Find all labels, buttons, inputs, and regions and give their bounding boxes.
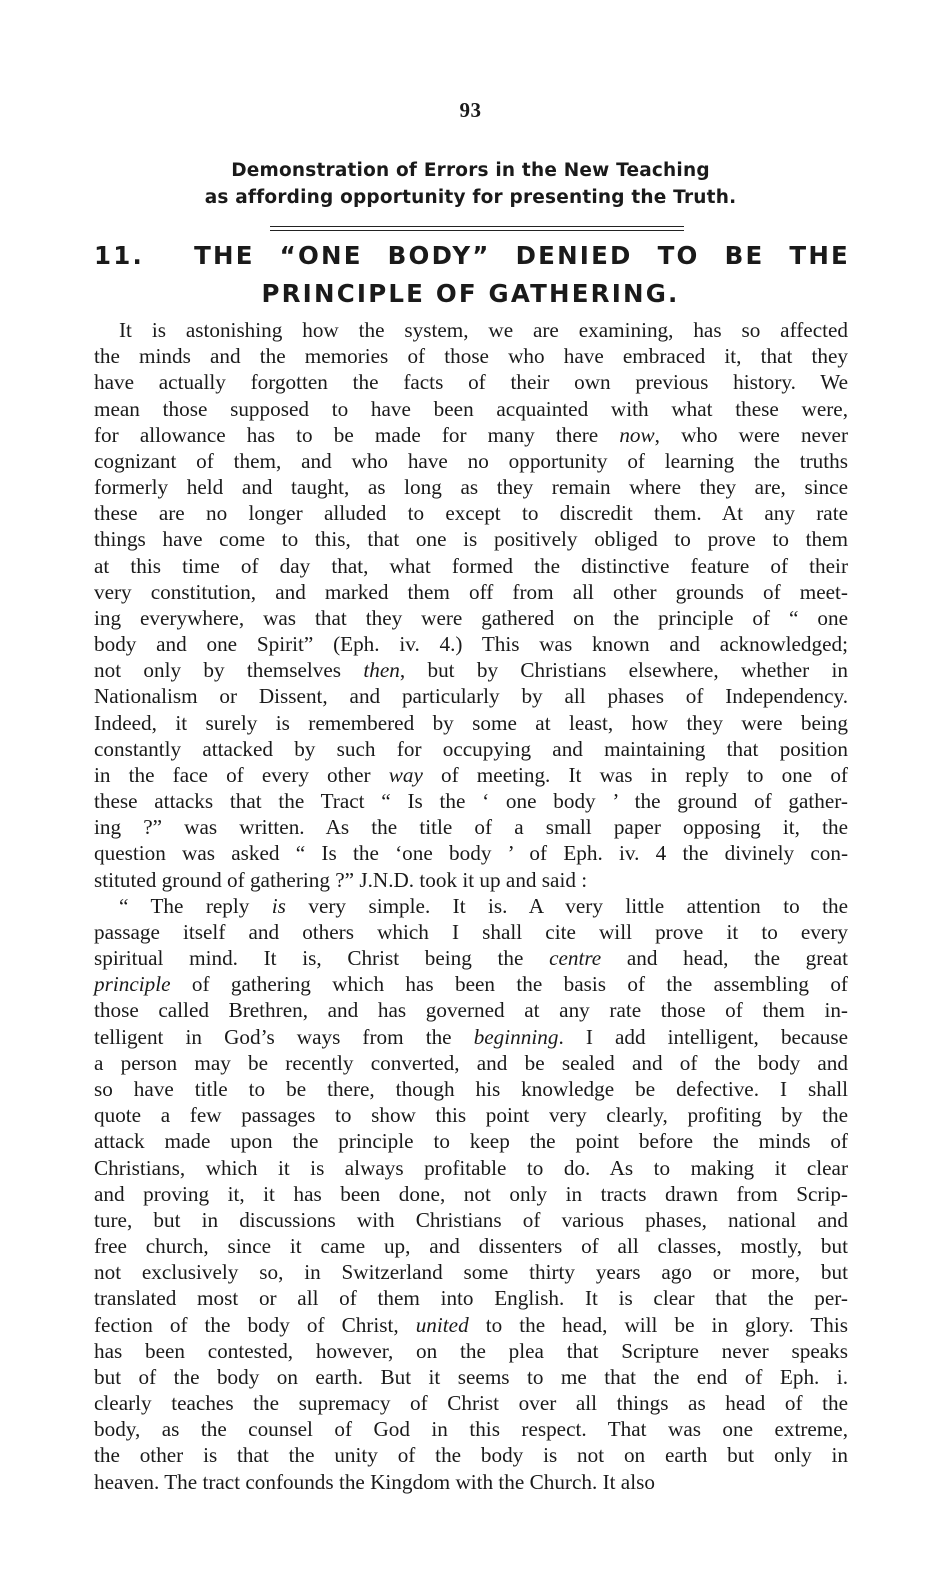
- text-line: question was asked “ Is the ‘one body ’ …: [94, 840, 848, 866]
- text-line: ture, but in discussions with Christians…: [94, 1207, 848, 1233]
- text-line: these are no longer alluded to except to…: [94, 500, 848, 526]
- text-line: mean those supposed to have been acquain…: [94, 396, 848, 422]
- text-line: not exclusively so, in Switzerland some …: [94, 1259, 848, 1285]
- text-line: at this time of day that, what formed th…: [94, 553, 848, 579]
- text-line: body and one Spirit” (Eph. iv. 4.) This …: [94, 631, 848, 657]
- text-line: in the face of every other way of meetin…: [94, 762, 848, 788]
- page-number: 93: [0, 98, 941, 123]
- text-line: things have come to this, that one is po…: [94, 526, 848, 552]
- italic-word: now: [619, 423, 654, 447]
- text-line: Indeed, it surely is remembered by some …: [94, 710, 848, 736]
- section-title-line-1: THE “ONE BODY” DENIED TO BE THE: [194, 241, 850, 270]
- text-line: body, as the counsel of God in this resp…: [94, 1416, 848, 1442]
- italic-word: then: [363, 658, 399, 682]
- text-line: has been contested, however, on the plea…: [94, 1338, 848, 1364]
- text-line: cognizant of them, and who have no oppor…: [94, 448, 848, 474]
- text-line: those called Brethren, and has governed …: [94, 997, 848, 1023]
- text-line: telligent in God’s ways from the beginni…: [94, 1024, 848, 1050]
- italic-word: beginning: [474, 1025, 559, 1049]
- italic-word: centre: [549, 946, 601, 970]
- text-line: and proving it, it has been done, not on…: [94, 1181, 848, 1207]
- running-header-line-2: as affording opportunity for presenting …: [0, 187, 941, 208]
- text-line: Nationalism or Dissent, and particularly…: [94, 683, 848, 709]
- text-line: quote a few passages to show this point …: [94, 1102, 848, 1128]
- text-line: It is astonishing how the system, we are…: [94, 317, 848, 343]
- book-page: 93 Demonstration of Errors in the New Te…: [0, 0, 941, 1589]
- text-line: constantly attacked by such for occupyin…: [94, 736, 848, 762]
- italic-word: united: [416, 1313, 469, 1337]
- running-header-line-1: Demonstration of Errors in the New Teach…: [0, 160, 941, 181]
- section-heading-line-1: 11. THE “ONE BODY” DENIED TO BE THE: [94, 241, 850, 270]
- text-line: attack made upon the principle to keep t…: [94, 1128, 848, 1154]
- text-line: principle of gathering which has been th…: [94, 971, 848, 997]
- text-line: the minds and the memories of those who …: [94, 343, 848, 369]
- text-line: the other is that the unity of the body …: [94, 1442, 848, 1468]
- double-rule-top: [270, 226, 684, 227]
- text-line: for allowance has to be made for many th…: [94, 422, 848, 448]
- text-line: ing ?” was written. As the title of a sm…: [94, 814, 848, 840]
- text-line: fection of the body of Christ, united to…: [94, 1312, 848, 1338]
- section-number: 11.: [94, 241, 144, 270]
- italic-word: way: [389, 763, 423, 787]
- text-line: spiritual mind. It is, Christ being the …: [94, 945, 848, 971]
- text-line: Christians, which it is always profitabl…: [94, 1155, 848, 1181]
- text-line: free church, since it came up, and disse…: [94, 1233, 848, 1259]
- text-line: a person may be recently converted, and …: [94, 1050, 848, 1076]
- body-text: It is astonishing how the system, we are…: [94, 317, 848, 1495]
- text-line: these attacks that the Tract “ Is the ‘ …: [94, 788, 848, 814]
- text-line: stituted ground of gathering ?” J.N.D. t…: [94, 867, 848, 893]
- text-line: passage itself and others which I shall …: [94, 919, 848, 945]
- italic-word: principle: [94, 972, 171, 996]
- text-line: have actually forgotten the facts of the…: [94, 369, 848, 395]
- section-title-line-2: PRINCIPLE OF GATHERING.: [0, 279, 941, 308]
- text-line: but of the body on earth. But it seems t…: [94, 1364, 848, 1390]
- text-line: heaven. The tract confounds the Kingdom …: [94, 1469, 848, 1495]
- text-line: not only by themselves then, but by Chri…: [94, 657, 848, 683]
- text-line: clearly teaches the supremacy of Christ …: [94, 1390, 848, 1416]
- text-line: very constitution, and marked them off f…: [94, 579, 848, 605]
- italic-word: is: [272, 894, 286, 918]
- text-line: formerly held and taught, as long as the…: [94, 474, 848, 500]
- text-line: translated most or all of them into Engl…: [94, 1285, 848, 1311]
- text-line: “ The reply is very simple. It is. A ver…: [94, 893, 848, 919]
- text-line: ing everywhere, was that they were gathe…: [94, 605, 848, 631]
- double-rule-bottom: [270, 230, 684, 231]
- text-line: so have title to be there, though his kn…: [94, 1076, 848, 1102]
